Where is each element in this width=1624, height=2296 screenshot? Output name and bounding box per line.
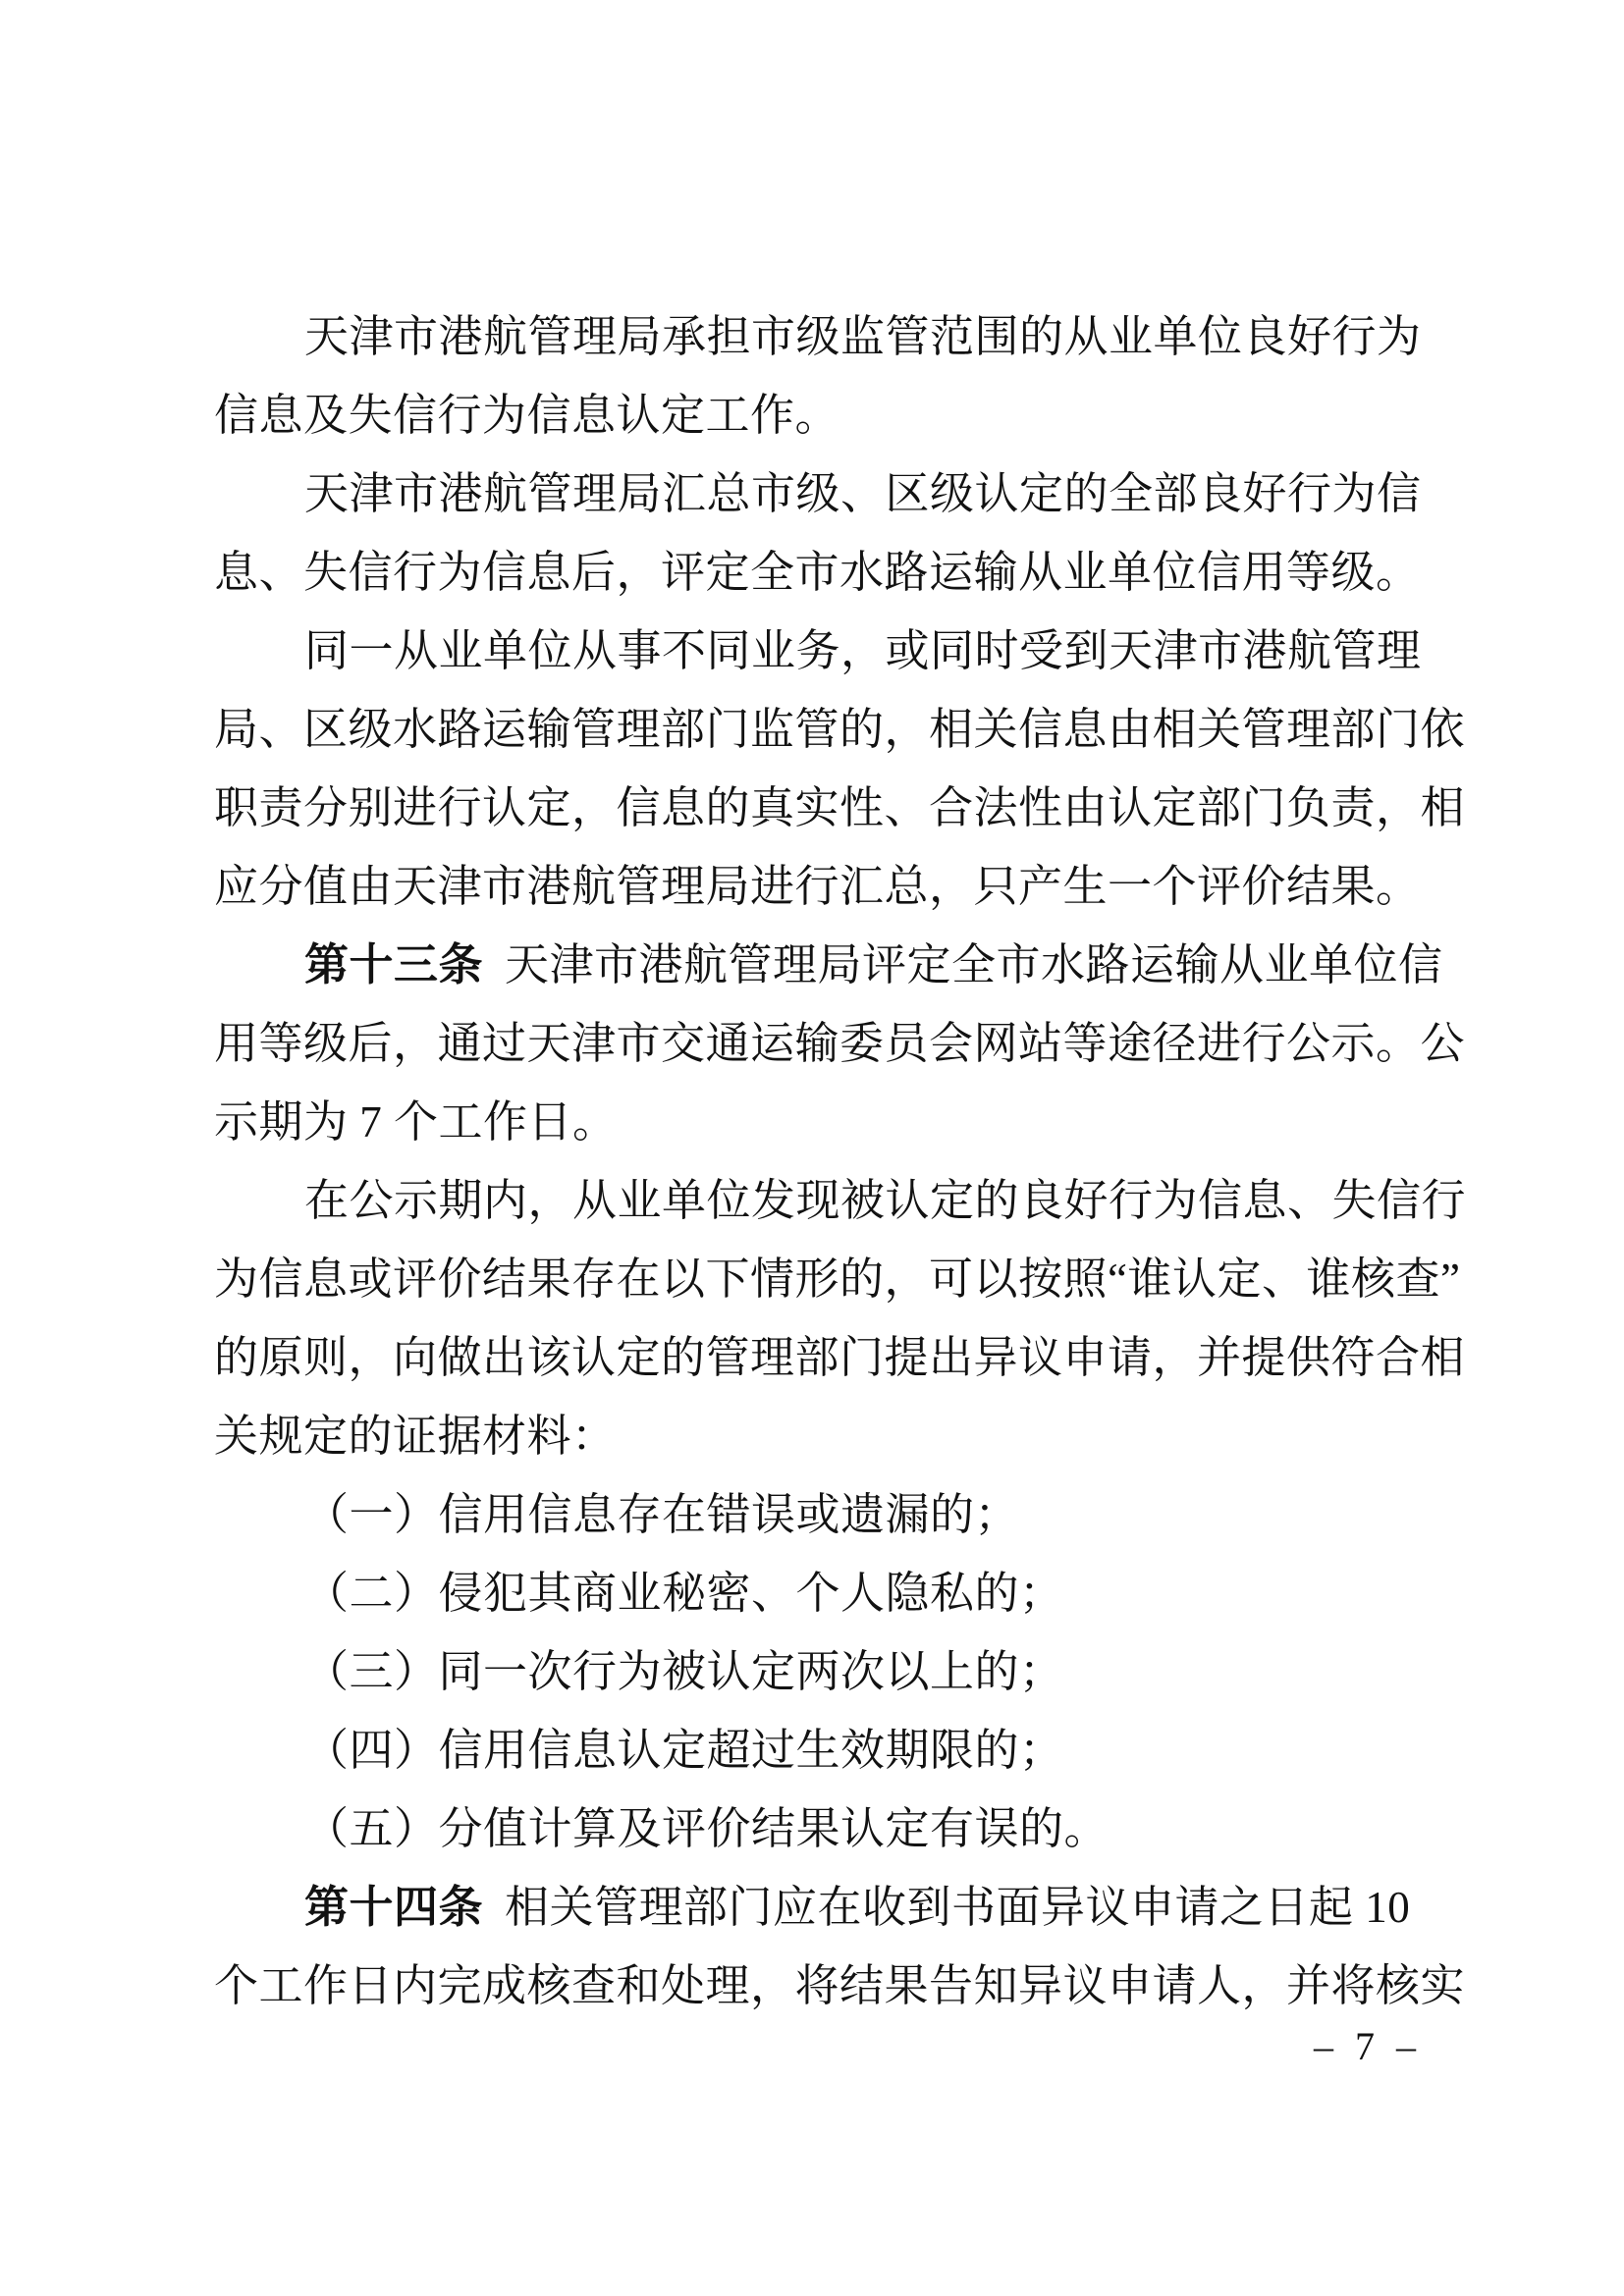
- text-line: 应分值由天津市港航管理局进行汇总，只产生一个评价结果。: [214, 847, 1457, 926]
- list-item: （四）信用信息认定超过生效期限的；: [214, 1711, 1457, 1789]
- clause-13-text: 天津市港航管理局评定全市水路运输从业单位信: [505, 940, 1443, 989]
- text-line: 示期为 7 个工作日。: [214, 1083, 1457, 1161]
- text-line: 个工作日内完成核查和处理，将结果告知异议申请人，并将核实: [214, 1947, 1457, 2025]
- text-line: 为信息或评价结果存在以下情形的，可以按照“谁认定、谁核查”: [214, 1240, 1457, 1318]
- list-item: （五）分值计算及评价结果认定有误的。: [214, 1789, 1457, 1868]
- page-number: – 7 –: [1314, 2022, 1422, 2071]
- text-line: 关规定的证据材料：: [214, 1397, 1457, 1475]
- text-line: 在公示期内，从业单位发现被认定的良好行为信息、失信行: [214, 1161, 1457, 1240]
- text-line: 信息及失信行为信息认定工作。: [214, 376, 1457, 454]
- list-item: （二）侵犯其商业秘密、个人隐私的；: [214, 1554, 1457, 1632]
- list-item: （一）信用信息存在错误或遗漏的；: [214, 1475, 1457, 1554]
- clause-14-text: 相关管理部门应在收到书面异议申请之日起 10: [505, 1883, 1410, 1932]
- text-line: 同一从业单位从事不同业务，或同时受到天津市港航管理: [214, 612, 1457, 690]
- clause-line: 第十三条天津市港航管理局评定全市水路运输从业单位信: [214, 926, 1457, 1004]
- clause-line: 第十四条相关管理部门应在收到书面异议申请之日起 10: [214, 1868, 1457, 1947]
- text-line: 天津市港航管理局承担市级监管范围的从业单位良好行为: [214, 297, 1457, 376]
- clause-13-heading: 第十三条: [304, 940, 483, 989]
- document-page: 天津市港航管理局承担市级监管范围的从业单位良好行为 信息及失信行为信息认定工作。…: [0, 0, 1624, 2296]
- document-body: 天津市港航管理局承担市级监管范围的从业单位良好行为 信息及失信行为信息认定工作。…: [214, 297, 1457, 2025]
- text-line: 息、失信行为信息后，评定全市水路运输从业单位信用等级。: [214, 533, 1457, 612]
- text-line: 局、区级水路运输管理部门监管的，相关信息由相关管理部门依: [214, 690, 1457, 769]
- text-line: 天津市港航管理局汇总市级、区级认定的全部良好行为信: [214, 454, 1457, 533]
- list-item: （三）同一次行为被认定两次以上的；: [214, 1632, 1457, 1711]
- text-line: 用等级后，通过天津市交通运输委员会网站等途径进行公示。公: [214, 1004, 1457, 1083]
- clause-14-heading: 第十四条: [304, 1883, 483, 1932]
- text-line: 的原则，向做出该认定的管理部门提出异议申请，并提供符合相: [214, 1318, 1457, 1397]
- text-line: 职责分别进行认定，信息的真实性、合法性由认定部门负责，相: [214, 769, 1457, 847]
